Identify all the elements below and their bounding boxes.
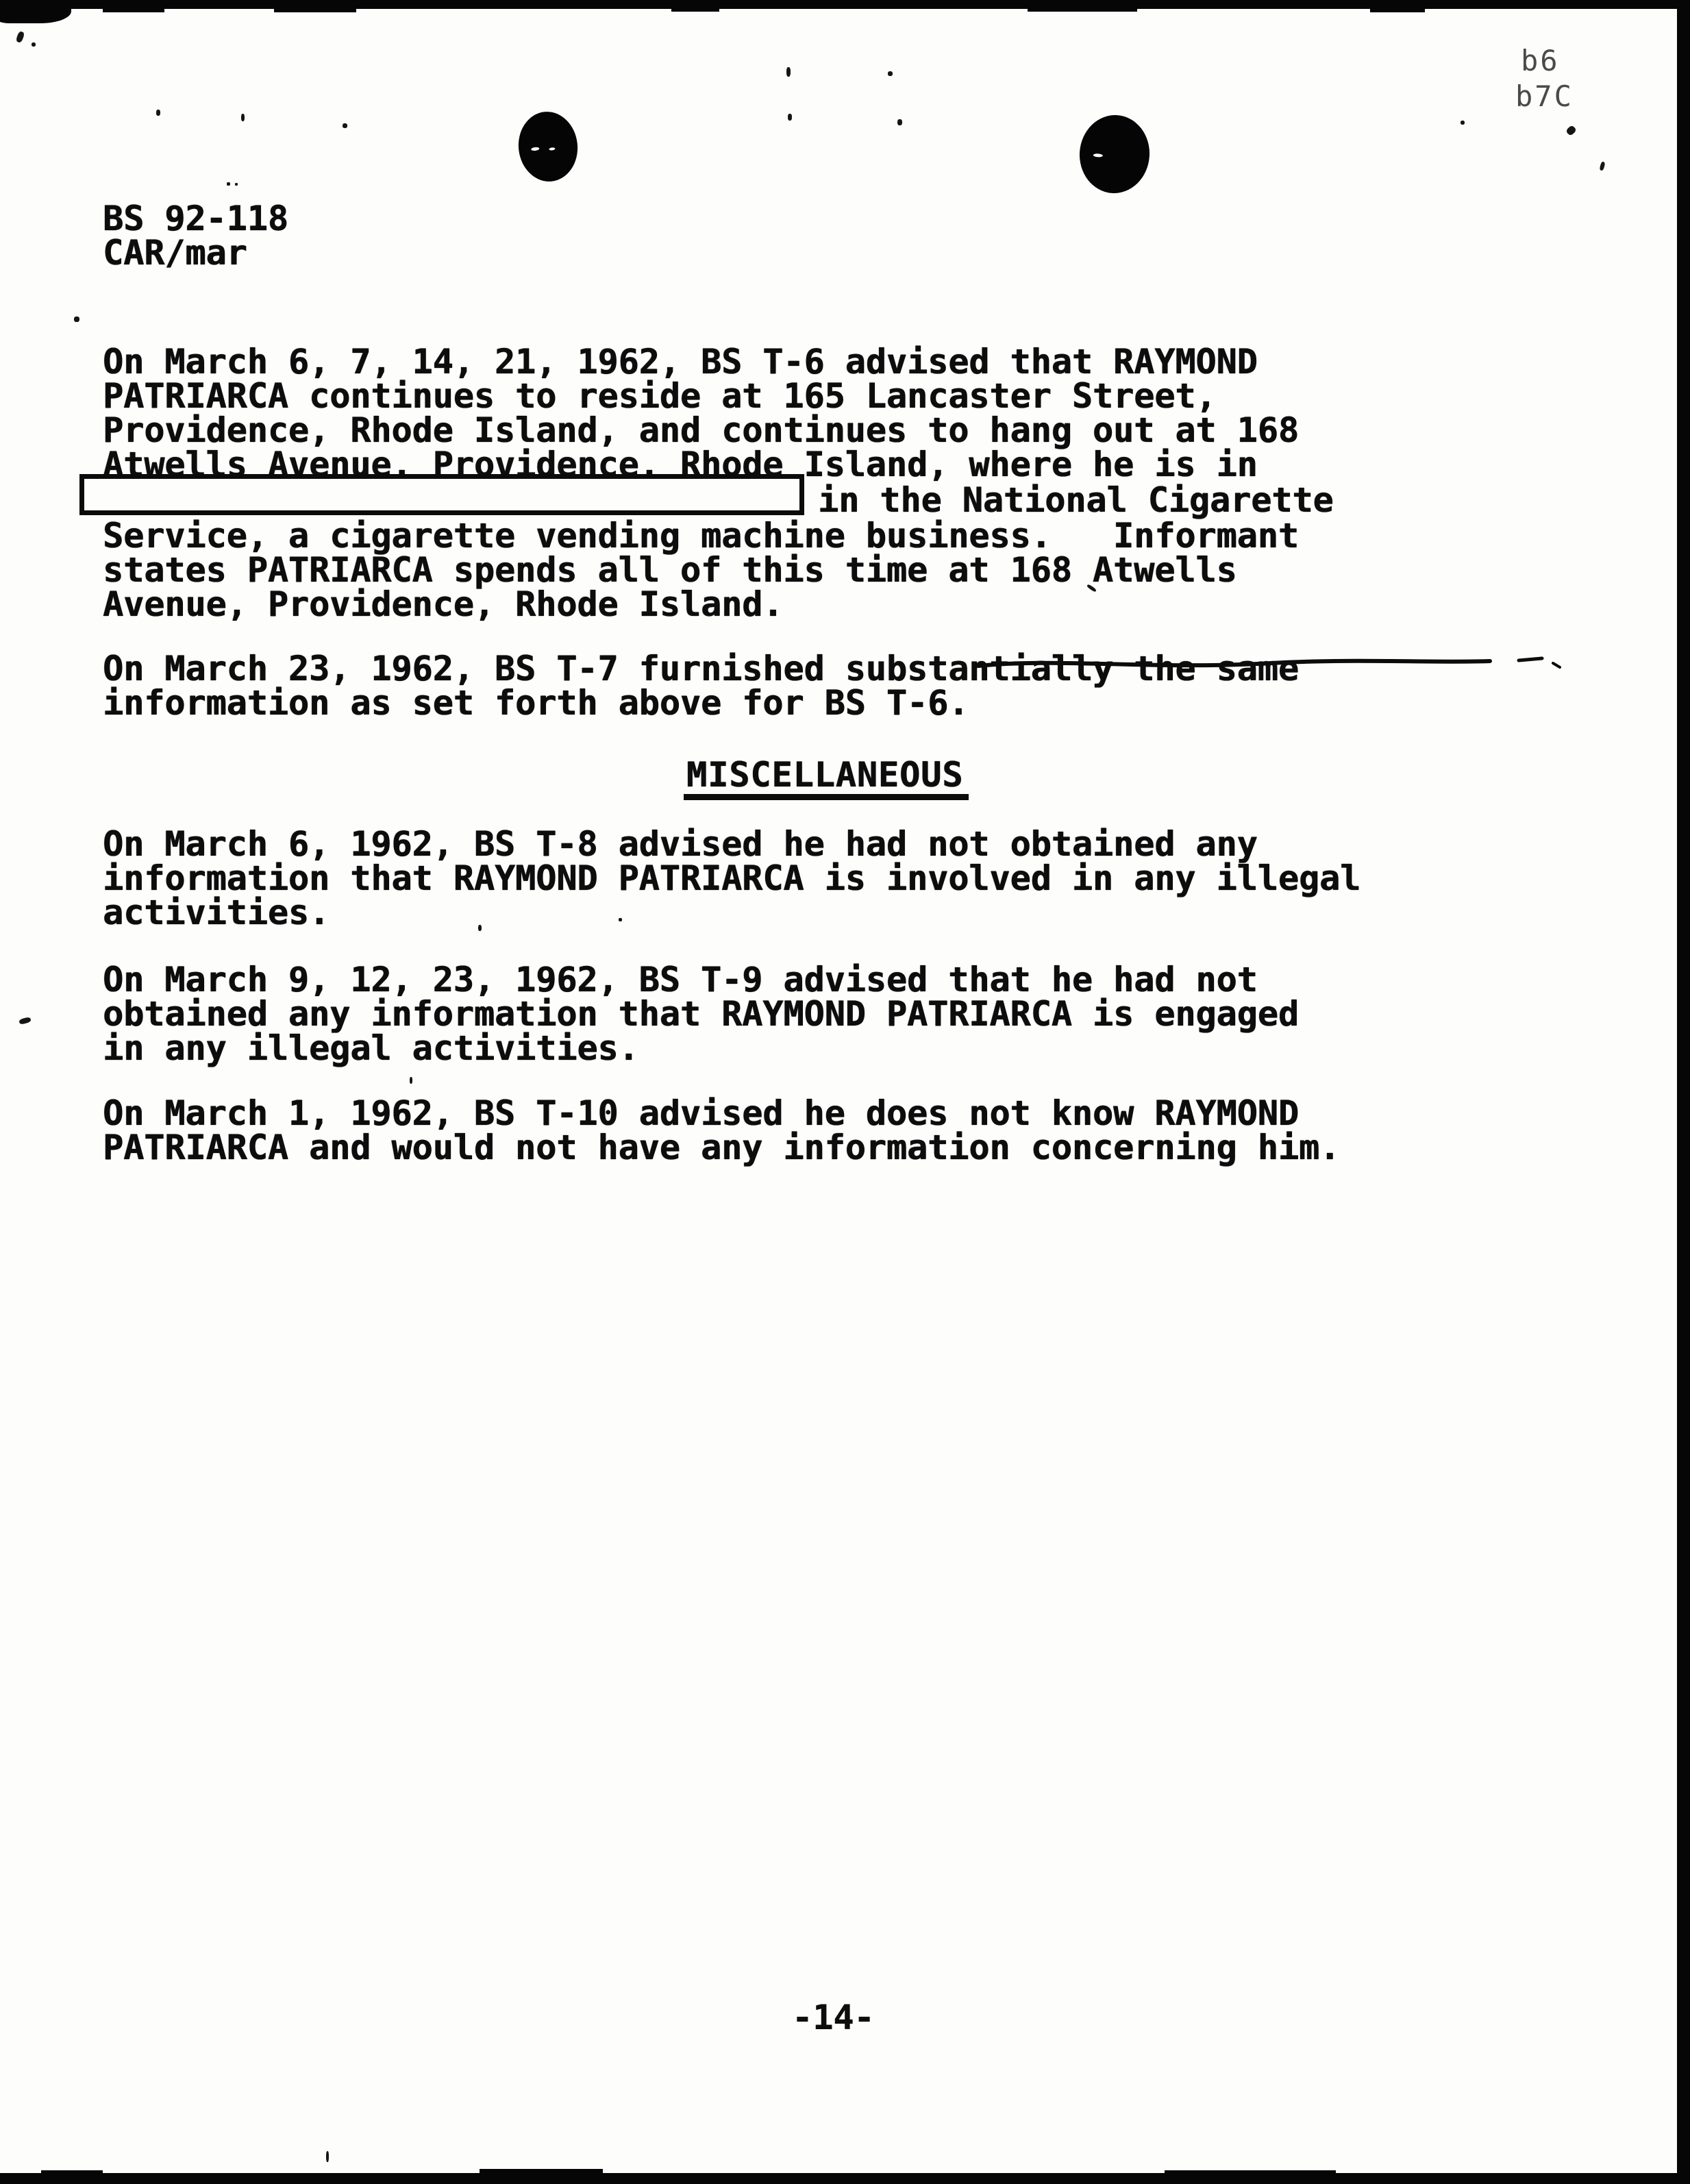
ink-speck <box>1599 161 1605 171</box>
document-line: On March 6, 1962, BS T-8 advised he had … <box>103 827 1360 861</box>
typist-initials: CAR/mar <box>103 236 288 270</box>
scan-edge-bump <box>671 9 719 12</box>
ink-speck <box>343 123 347 128</box>
ink-speck <box>1565 125 1577 136</box>
ink-speck <box>410 1077 412 1084</box>
ink-speck <box>619 918 622 921</box>
hole-punch-glint <box>531 147 539 151</box>
hole-punch-glint <box>1093 153 1103 158</box>
scanned-document-page: b6 b7C BS 92-118 CAR/mar On March 6, 7, … <box>0 0 1690 2184</box>
page-number: -14- <box>792 2000 874 2035</box>
ink-speck <box>18 1017 31 1025</box>
scan-edge-top-left-blob <box>0 0 71 23</box>
ink-speck <box>788 114 792 121</box>
paragraph-5: On March 1, 1962, BS T-10 advised he doe… <box>103 1096 1340 1165</box>
hole-punch-left <box>515 109 581 184</box>
file-number: BS 92-118 <box>103 201 288 236</box>
ink-speck <box>1461 121 1465 125</box>
scan-edge-right <box>1677 0 1690 2184</box>
document-line: information that RAYMOND PATRIARCA is in… <box>103 861 1360 895</box>
ink-speck <box>326 2151 329 2162</box>
ink-speck <box>235 183 238 186</box>
document-line: PATRIARCA and would not have any informa… <box>103 1130 1340 1165</box>
document-line: Service, a cigarette vending machine bus… <box>103 519 1299 553</box>
section-heading: MISCELLANEOUS <box>684 758 969 800</box>
redaction-box <box>79 474 804 515</box>
document-line: On March 6, 7, 14, 21, 1962, BS T-6 advi… <box>103 345 1299 379</box>
document-line: PATRIARCA continues to reside at 165 Lan… <box>103 379 1299 413</box>
document-line-after-redaction: in the National Cigarette <box>818 483 1334 517</box>
hole-punch-glint <box>549 147 555 151</box>
ink-speck <box>16 31 25 43</box>
ink-speck <box>786 67 791 77</box>
paragraph-1-continued: Service, a cigarette vending machine bus… <box>103 519 1299 621</box>
ink-speck <box>74 317 79 322</box>
scan-edge-bottom <box>0 2173 1690 2184</box>
scan-edge-bump <box>1370 9 1425 12</box>
document-line: activities. <box>103 895 1360 930</box>
ink-speck <box>156 110 160 116</box>
scan-edge-bump <box>41 2170 103 2174</box>
paragraph-3: On March 6, 1962, BS T-8 advised he had … <box>103 827 1360 930</box>
document-line: obtained any information that RAYMOND PA… <box>103 997 1299 1031</box>
pen-mark <box>976 652 1572 680</box>
document-line: information as set forth above for BS T-… <box>103 686 1299 720</box>
scan-edge-bump <box>103 9 164 12</box>
ink-speck <box>897 119 902 125</box>
scan-edge-bump <box>274 8 356 12</box>
scan-edge-top <box>0 0 1690 9</box>
document-line: On March 1, 1962, BS T-10 advised he doe… <box>103 1096 1340 1130</box>
ink-speck <box>227 182 230 186</box>
ink-speck <box>241 114 245 121</box>
ink-speck <box>32 42 36 47</box>
document-header: BS 92-118 CAR/mar <box>103 201 288 270</box>
document-line: Providence, Rhode Island, and continues … <box>103 413 1299 447</box>
hole-punch-right <box>1077 113 1152 196</box>
paragraph-1: On March 6, 7, 14, 21, 1962, BS T-6 advi… <box>103 345 1299 482</box>
document-line: states PATRIARCA spends all of this time… <box>103 553 1299 587</box>
classification-b6: b6 <box>1521 45 1560 77</box>
scan-edge-bump <box>1028 8 1137 12</box>
scan-edge-bump <box>1165 2170 1336 2174</box>
scan-edge-bump <box>480 2169 603 2174</box>
ink-speck <box>888 71 893 76</box>
document-line: Avenue, Providence, Rhode Island. <box>103 587 1299 621</box>
classification-b7c: b7C <box>1515 81 1574 112</box>
ink-speck <box>478 925 482 931</box>
document-line: On March 9, 12, 23, 1962, BS T-9 advised… <box>103 963 1299 997</box>
paragraph-4: On March 9, 12, 23, 1962, BS T-9 advised… <box>103 963 1299 1065</box>
document-line: in any illegal activities. <box>103 1031 1299 1065</box>
